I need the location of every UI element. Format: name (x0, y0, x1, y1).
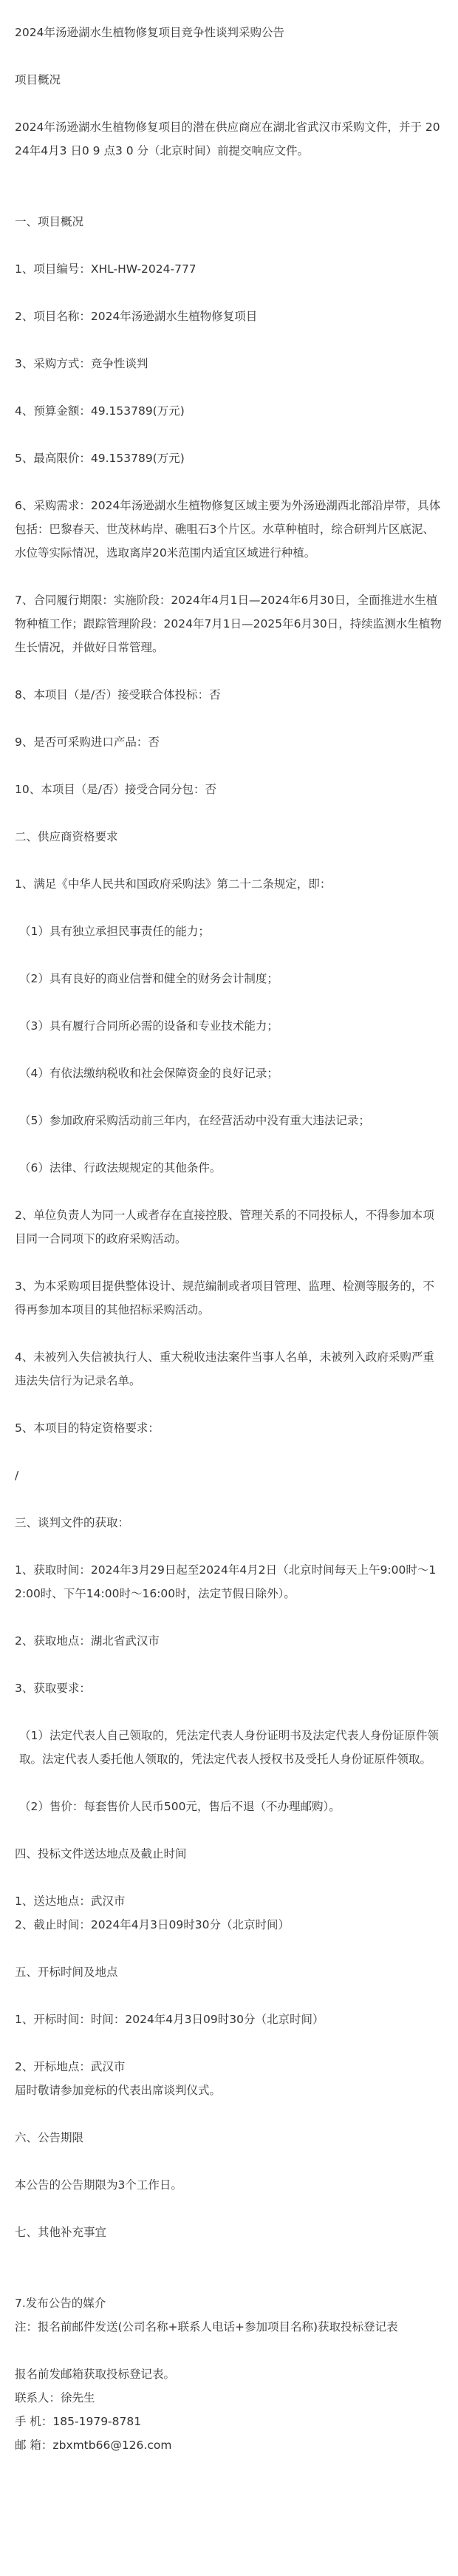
opening-note: 届时敬请参加竞标的代表出席谈判仪式。 (15, 2079, 443, 2102)
qualification-item-3: 3、为本采购项目提供整体设计、规范编制或者项目管理、监理、检测等服务的，不得再参… (15, 1274, 443, 1322)
project-number: 1、项目编号：XHL-HW-2024-777 (15, 257, 443, 281)
opening-location: 2、开标地点：武汉市 (15, 2055, 443, 2079)
qualification-item-4: 4、未被列入失信被执行人、重大税收违法案件当事人名单，未被列入政府采购严重违法失… (15, 1345, 443, 1393)
register-text: 报名前发邮箱获取投标登记表。 (15, 2362, 443, 2386)
section-3-heading: 三、谈判文件的获取： (15, 1511, 443, 1535)
deadline: 2、截止时间：2024年4月3日09时30分（北京时间） (15, 1913, 443, 1937)
announcement-period: 本公告的公告期限为3个工作日。 (15, 2173, 443, 2197)
contact-email[interactable]: 邮 箱：zbxmtb66@126.com (15, 2433, 443, 2457)
procurement-requirements: 6、采购需求：2024年汤逊湖水生植物修复区域主要为外汤逊湖西北部沿岸带，具体包… (15, 494, 443, 565)
document-title: 2024年汤逊湖水生植物修复项目竞争性谈判采购公告 (15, 21, 443, 44)
qualification-sub-item: （4）有依法缴纳税收和社会保障资金的良好记录； (15, 1061, 443, 1085)
section-1-heading: 一、项目概况 (15, 210, 443, 234)
qualification-sub-item: （6）法律、行政法规规定的其他条件。 (15, 1156, 443, 1180)
project-name: 2、项目名称：2024年汤逊湖水生植物修复项目 (15, 305, 443, 328)
qualification-item-2: 2、单位负责人为同一人或者存在直接控股、管理关系的不同投标人，不得参加本项目同一… (15, 1203, 443, 1251)
qualification-sub-item: （2）具有良好的商业信誉和健全的财务会计制度； (15, 967, 443, 990)
qualification-sub-item: （5）参加政府采购活动前三年内，在经营活动中没有重大违法记录； (15, 1109, 443, 1132)
contract-period: 7、合同履行期限：实施阶段：2024年4月1日—2024年6月30日，全面推进水… (15, 588, 443, 659)
section-5-heading: 五、开标时间及地点 (15, 1960, 443, 1984)
qualification-item-5: 5、本项目的特定资格要求： (15, 1416, 443, 1440)
section-7-heading: 七、其他补充事宜 (15, 2220, 443, 2244)
contact-phone: 手 机：185-1979-8781 (15, 2410, 443, 2433)
delivery-location: 1、送达地点：武汉市 (15, 1889, 443, 1913)
section-4-heading: 四、投标文件送达地点及截止时间 (15, 1842, 443, 1866)
spacer (15, 2268, 443, 2291)
imported-products: 9、是否可采购进口产品：否 (15, 730, 443, 754)
consortium-bidding: 8、本项目（是/否）接受联合体投标：否 (15, 683, 443, 707)
procurement-method: 3、采购方式：竞争性谈判 (15, 352, 443, 375)
qualification-item-5-value: / (15, 1464, 443, 1487)
budget-amount: 4、预算金额：49.153789(万元) (15, 399, 443, 423)
acquisition-sub-1: （1）法定代表人自己领取的，凭法定代表人身份证明书及法定代表人身份证原件领取。法… (15, 1724, 443, 1771)
registration-note: 注：报名前邮件发送(公司名称+联系人电话+参加项目名称)获取投标登记表 (15, 2315, 443, 2339)
contract-subcontracting: 10、本项目（是/否）接受合同分包：否 (15, 778, 443, 801)
announcement-document: 2024年汤逊湖水生植物修复项目竞争性谈判采购公告 项目概况 2024年汤逊湖水… (0, 0, 458, 2487)
contact-person: 联系人：徐先生 (15, 2386, 443, 2410)
section-6-heading: 六、公告期限 (15, 2126, 443, 2150)
acquisition-requirements: 3、获取要求： (15, 1676, 443, 1700)
overview-heading: 项目概况 (15, 68, 443, 92)
spacer (15, 186, 443, 210)
qualification-sub-item: （3）具有履行合同所必需的设备和专业技术能力； (15, 1014, 443, 1038)
qualification-item-1: 1、满足《中华人民共和国政府采购法》第二十二条规定，即： (15, 872, 443, 896)
acquisition-time: 1、获取时间：2024年3月29日起至2024年4月2日（北京时间每天上午9:0… (15, 1558, 443, 1605)
max-price: 5、最高限价：49.153789(万元) (15, 446, 443, 470)
acquisition-sub-2: （2）售价：每套售价人民币500元，售后不退（不办理邮购）。 (15, 1795, 443, 1818)
acquisition-location: 2、获取地点：湖北省武汉市 (15, 1629, 443, 1653)
media-heading: 7.发布公告的媒介 (15, 2291, 443, 2315)
overview-text: 2024年汤逊湖水生植物修复项目的潜在供应商应在湖北省武汉市采购文件，并于 20… (15, 115, 443, 163)
opening-time: 1、开标时间：时间：2024年4月3日09时30分（北京时间） (15, 2008, 443, 2031)
qualification-sub-item: （1）具有独立承担民事责任的能力； (15, 920, 443, 943)
section-2-heading: 二、供应商资格要求 (15, 825, 443, 849)
